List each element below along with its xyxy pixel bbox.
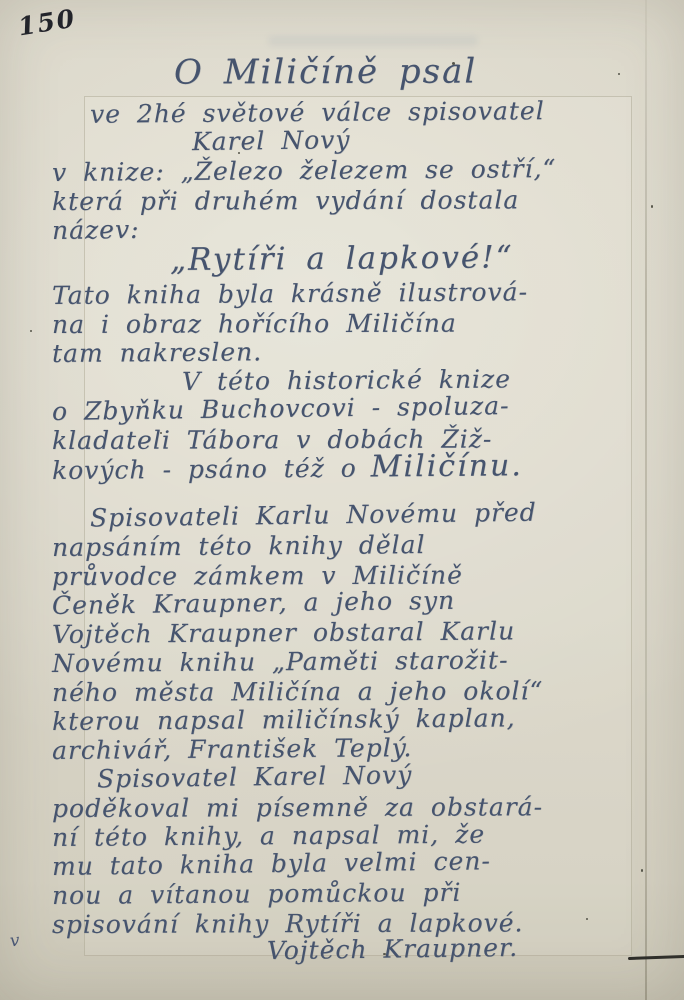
ink-speck: [30, 330, 32, 332]
handwritten-line: Tato kniha byla krásně ilustrová-: [52, 276, 664, 310]
ink-speck: [641, 869, 643, 872]
manuscript-text: O Miličíně psalve 2hé světové válce spis…: [0, 50, 684, 968]
ink-speck: [160, 432, 162, 434]
handwritten-line: Novému knihu „Paměti starožit-: [52, 644, 664, 678]
ink-bleed-smudge: [268, 36, 478, 46]
ink-speck: [618, 73, 620, 75]
handwritten-line: nou a vítanou pomůckou při: [52, 876, 664, 910]
page-number: 150: [16, 4, 78, 42]
manuscript-lines: O Miličíně psalve 2hé světové válce spis…: [52, 50, 664, 968]
handwritten-line: „Rytíři a lapkové!“: [52, 236, 664, 281]
ink-speck: [383, 953, 386, 955]
ink-speck: [651, 205, 653, 208]
handwritten-line: v knize: „Železo železem se ostří,“: [52, 153, 664, 187]
handwritten-segment: kových - psáno též o: [52, 454, 357, 485]
margin-check-mark: v: [9, 931, 21, 952]
handwritten-line: Spisovateli Karlu Novému před: [52, 496, 664, 533]
ink-speck: [238, 152, 240, 154]
ink-speck: [586, 918, 588, 920]
handwritten-line: O Miličíně psal: [52, 48, 664, 96]
manuscript-page: 150 O Miličíně psalve 2hé světové válce …: [0, 0, 684, 1000]
handwritten-segment: Miličínu.: [357, 448, 523, 484]
ink-speck: [452, 62, 455, 65]
handwritten-line: napsáním této knihy dělal: [52, 528, 664, 562]
handwritten-line: kových - psáno též oMiličínu.: [52, 450, 664, 485]
